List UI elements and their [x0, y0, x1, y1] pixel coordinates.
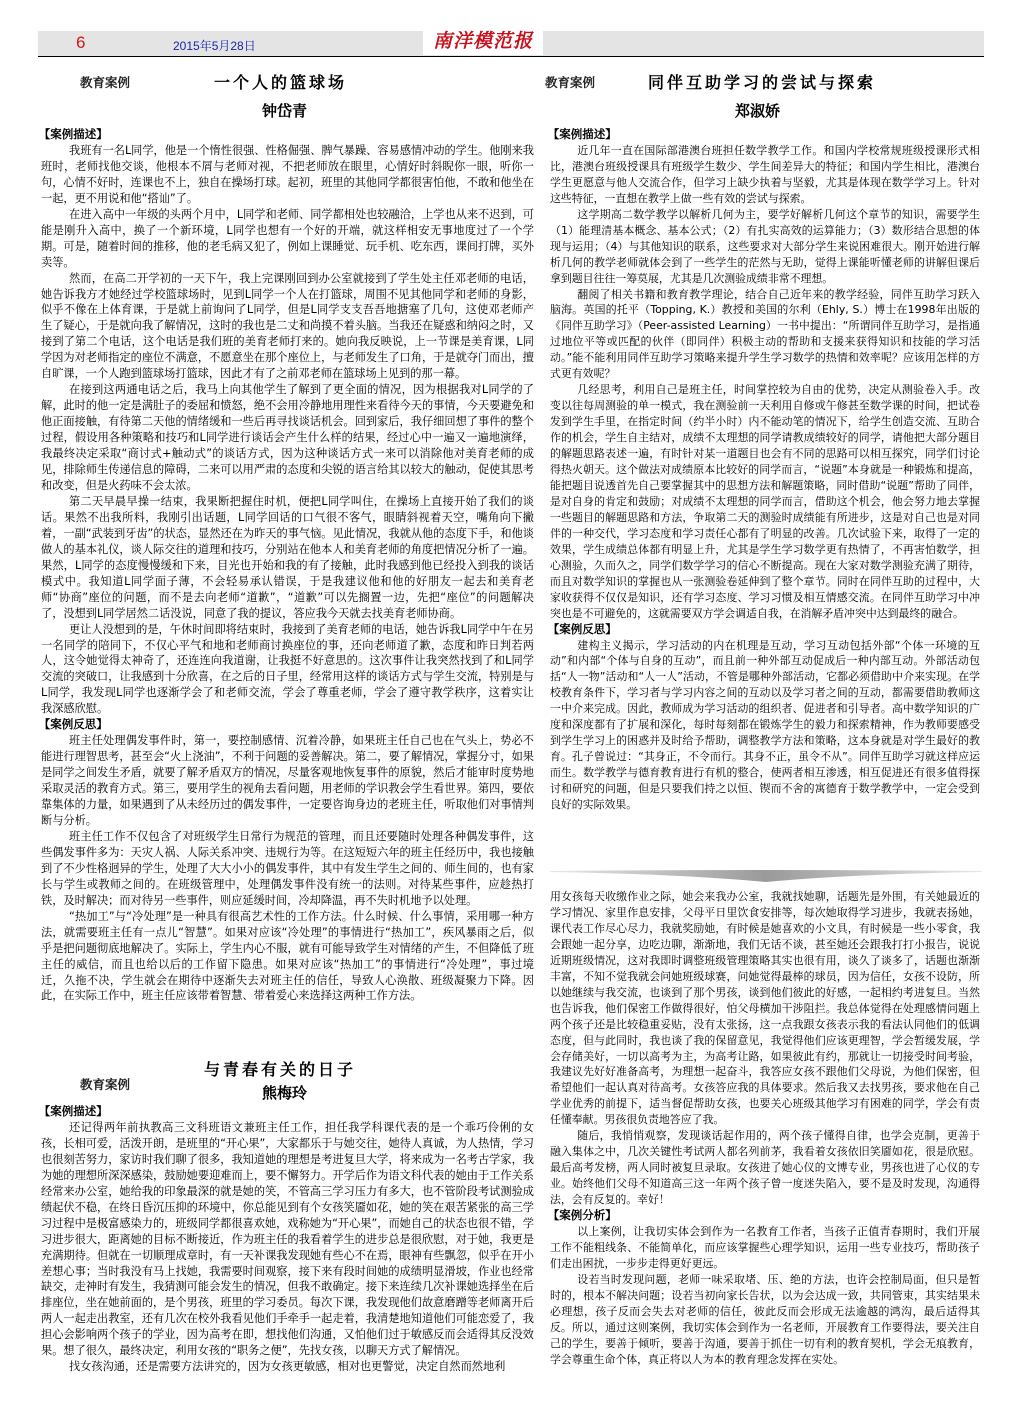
paragraph: 第二天早晨早操一结束，我果断把握住时机，便把L同学叫住，在操场上直接开始了我们的… — [41, 494, 534, 622]
article-3-body-left: 【案例描述】 还记得两年前执教高三文科班语文兼班主任工作，担任我学科课代表的是一… — [41, 1104, 534, 1404]
paragraph: 班主任工作不仅包含了对班级学生日常行为规范的管理，而且还要随时处理各种偶发事件，… — [41, 829, 534, 909]
masthead-bar: 6 2015年5月28日 南洋模范报 — [38, 31, 984, 57]
section-heading: 【案例描述】 — [550, 127, 980, 143]
section-heading: 【案例反思】 — [41, 717, 534, 733]
article-3-body-right: 用女孩每天收缴作业之际，她会来我办公室，我就找她聊，话题先是外围，有关她最近的学… — [550, 889, 980, 1409]
paragraph: 在接到这两通电话之后，我马上向其他学生了解到了更全面的情况，因为根据我对L同学的… — [41, 382, 534, 494]
article-3-title: 与青春有关的日子 — [204, 1057, 356, 1080]
newspaper-logo: 南洋模范报 — [423, 27, 543, 55]
paragraph: 几经思考，利用自己是班主任，时间掌控较为自由的优势，决定从测验卷入手。改变以往每… — [550, 382, 980, 621]
section-heading: 【案例描述】 — [41, 1104, 534, 1120]
issue-date: 2015年5月28日 — [173, 37, 256, 54]
paragraph-continued: 用女孩每天收缴作业之际，她会来我办公室，我就找她聊，话题先是外围，有关她最近的学… — [550, 889, 980, 1128]
paragraph: 更让人没想到的是，午休时间即将结束时，我接到了美育老师的电话，她告诉我L同学中午… — [41, 622, 534, 718]
paragraph: 这学期高二数学教学以解析几何为主，要学好解析几何这个章节的知识，需要学生（1）能… — [550, 207, 980, 287]
paragraph: 设若当时发现问题，老师一味采取堵、压、绝的方法，也许会控制局面，但只是暂时的，根… — [550, 1272, 980, 1368]
paragraph: 然而，在高二开学初的一天下午，我上完课刚回到办公室就接到了学生处主任邓老师的电话… — [41, 271, 534, 383]
paragraph: 以上案例，让我切实体会到作为一名教育工作者，当孩子正值青春期时，我们开展工作不能… — [550, 1224, 980, 1272]
paragraph: 班主任处理偶发事件时，第一，要控制感情、沉着冷静，如果班主任自己也在气头上，势必… — [41, 733, 534, 829]
paragraph: 随后，我悄悄观察，发现谈话起作用的，两个孩子懂得自律，也学会克制，更善于融入集体… — [550, 1128, 980, 1208]
article-1-body: 【案例描述】 我班有一名L同学，他是一个惰性很强、性格倔强、脾气暴躁、容易感情冲… — [41, 127, 534, 1047]
paragraph: 还记得两年前执教高三文科班语文兼班主任工作，担任我学科课代表的是一个乖巧伶俐的女… — [41, 1120, 534, 1359]
article-2-title: 同伴互助学习的尝试与探索 — [648, 70, 876, 93]
article-3-kicker: 教育案例 — [80, 1075, 130, 1093]
paragraph: 建构主义揭示，学习活动的内在机理是互动，学习互动包括外部“个体一环境的互动”和内… — [550, 638, 980, 813]
paragraph: 近几年一直在国际部港澳台班担任数学教学工作。和国内学校常规班级授课形式相比，港澳… — [550, 143, 980, 207]
article-1-title: 一个人的篮球场 — [214, 70, 347, 93]
paragraph: “热加工”与“冷处理”是一种具有很高艺术性的工作方法。什么时候、什么事情，采用哪… — [41, 909, 534, 1005]
paragraph: 翻阅了相关书籍和教育教学理论，结合自己近年来的教学经验，同伴互助学习跃入脑海。英… — [550, 287, 980, 383]
paragraph: 在进入高中一年级的头两个月中，L同学和老师、同学都相处也较融洽，上学也从来不迟到… — [41, 207, 534, 271]
article-3-author: 熊梅玲 — [262, 1082, 307, 1103]
article-2-body: 【案例描述】 近几年一直在国际部港澳台班担任数学教学工作。和国内学校常规班级授课… — [550, 127, 980, 862]
section-heading: 【案例反思】 — [550, 622, 980, 638]
paragraph: 找女孩沟通，还是需要方法讲究的，因为女孩更敏感，相对也更警觉，决定自然而然地利 — [41, 1359, 534, 1375]
article-1-kicker: 教育案例 — [80, 73, 130, 91]
paragraph: 我班有一名L同学，他是一个惰性很强、性格倔强、脾气暴躁、容易感情冲动的学生。他刚… — [41, 143, 534, 207]
page-number: 6 — [76, 33, 85, 53]
article-1-author: 钟岱青 — [262, 100, 307, 121]
section-heading: 【案例分析】 — [550, 1208, 980, 1224]
article-2-kicker: 教育案例 — [545, 73, 595, 91]
section-divider — [550, 870, 982, 882]
section-heading: 【案例描述】 — [41, 127, 534, 143]
article-2-author: 郑淑娇 — [735, 100, 780, 121]
